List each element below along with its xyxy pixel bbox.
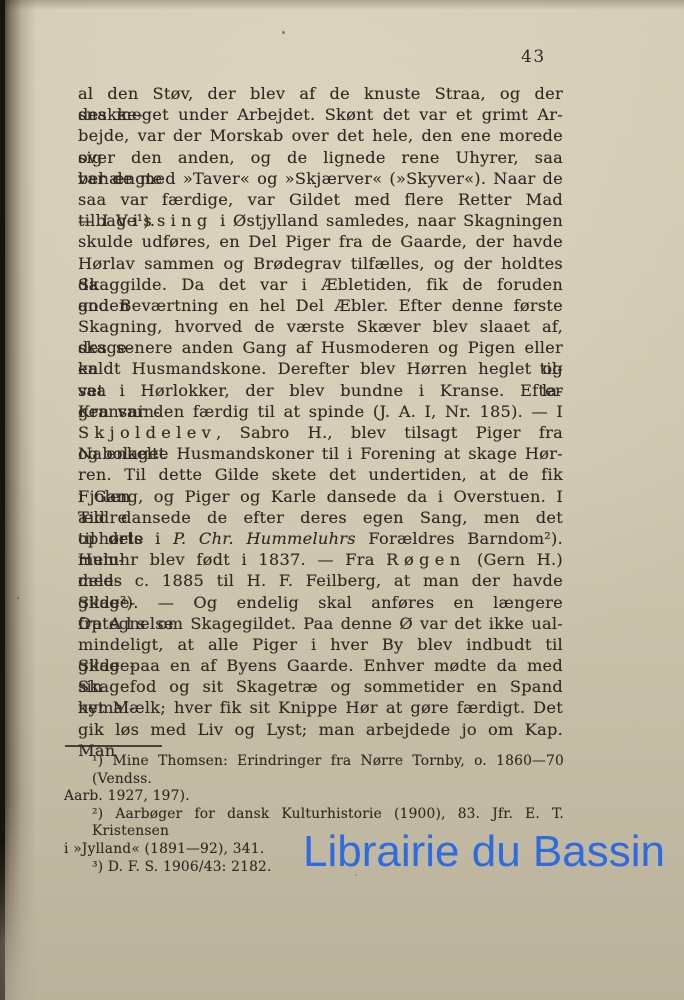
book-page-scan: 43 al den Støv, der blev af de knuste St… [0, 0, 684, 1000]
body-text: al den Støv, der blev af de knuste Straa… [78, 83, 563, 740]
text-line: Skagning, hvorved de værste Skæver blev … [78, 316, 563, 337]
text-line: skulde udføres, en Del Piger fra de Gaar… [78, 231, 563, 252]
page-left-edge [0, 0, 5, 1000]
text-line: des senere anden Gang af Husmoderen og P… [78, 337, 563, 358]
footnote-line: ¹) Mine Thomsen: Erindringer fra Nørre T… [64, 753, 564, 788]
text-line: al den Støv, der blev af de knuste Straa… [78, 83, 563, 104]
text-line: Skagefod og sit Skagetræ og sommetider e… [78, 676, 563, 697]
text-line: saa var færdige, var Gildet med flere Re… [78, 189, 563, 210]
footnote-rule [65, 745, 162, 747]
page-top-shadow [0, 0, 684, 10]
text-line: gik løs med Liv og Lyst; man arbejdede j… [78, 719, 563, 740]
text-line: Tid dansede de efter deres egen Sang, me… [78, 507, 563, 528]
text-line: — I Vissing i Østjylland samledes, naar … [78, 210, 563, 231]
text-line: ket Mælk; hver fik sit Knippe Hør at gør… [78, 697, 563, 718]
text-line: Skjoldelev, Sabro H., blev tilsagt Piger… [78, 422, 563, 443]
text-line: gilde paa en af Byens Gaarde. Enhver mød… [78, 655, 563, 676]
text-line: var de med »Taver« og »Skjærver« (»Skyve… [78, 168, 563, 189]
text-line: gen var den færdig til at spinde (J. A. … [78, 401, 563, 422]
text-line: og enkelte Husmandskoner til i Forening … [78, 443, 563, 464]
text-line: deles c. 1885 til H. F. Feilberg, at man… [78, 570, 563, 591]
text-line: kaldt Husmandskone. Derefter blev Hørren… [78, 358, 563, 379]
text-line: over den anden, og de lignede rene Uhyre… [78, 147, 563, 168]
text-line: god Beværtning en hel Del Æbler. Efter d… [78, 295, 563, 316]
page-number: 43 [521, 47, 546, 67]
paper-speck [17, 597, 19, 599]
watermark-librairie-du-bassin: Librairie du Bassin [303, 827, 665, 877]
text-line: Hørlav sammen og Brødegrav tilfælles, og… [78, 253, 563, 274]
paper-speck [355, 874, 357, 876]
paper-speck [282, 31, 285, 34]
text-line: des meget under Arbejdet. Skønt det var … [78, 104, 563, 125]
text-line: fra Als om Skagegildet. Paa denne Ø var … [78, 613, 563, 634]
text-line: i Gang, og Piger og Karle dansede da i O… [78, 486, 563, 507]
text-line: Skaggilde. Da det var i Æbletiden, fik d… [78, 274, 563, 295]
text-line: vet i Hørlokker, der blev bundne i Krans… [78, 380, 563, 401]
text-line: meluhr blev født i 1837. — Fra Røgen (Ge… [78, 549, 563, 570]
text-line: mindeligt, at alle Piger i hver By blev … [78, 634, 563, 655]
gutter-shadow [0, 0, 36, 1000]
text-line: til dels i P. Chr. Hummeluhrs Forældres … [78, 528, 563, 549]
text-line: bejde, var der Morskab over det hele, de… [78, 125, 563, 146]
text-line: ren. Til dette Gilde skete det undertide… [78, 464, 563, 485]
text-line: gilde³). — Og endelig skal anføres en læ… [78, 592, 563, 613]
footnote-line: Aarb. 1927, 197). [64, 788, 564, 806]
